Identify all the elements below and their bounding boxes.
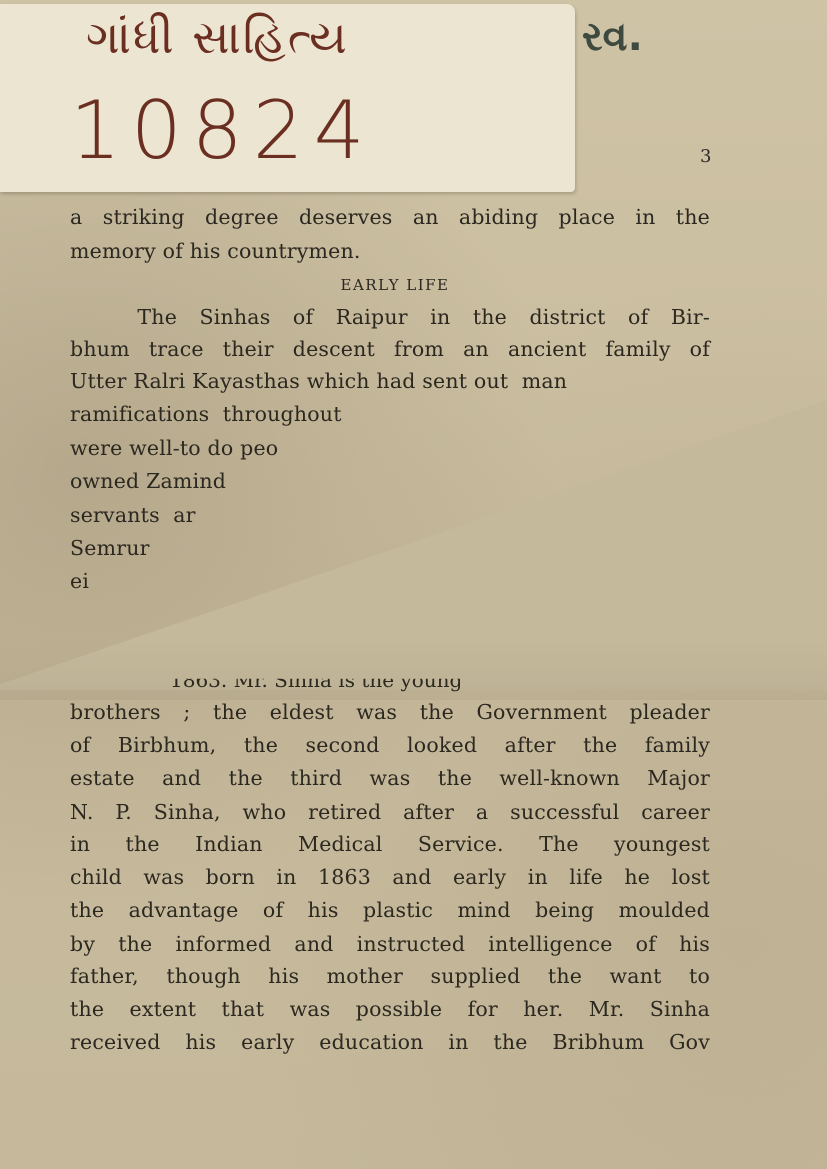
section-heading: EARLY LIFE <box>0 276 790 294</box>
ink-stamp: રવ. <box>582 14 643 60</box>
text-line: ramifications throughout <box>70 402 710 426</box>
text-line: child was born in 1863 and early in life… <box>70 865 710 889</box>
text-line: brothers ; the eldest was the Government… <box>70 700 710 724</box>
label-accession-number: 10824 <box>70 84 375 177</box>
page-number: 3 <box>700 146 711 167</box>
text-line: Utter Ralri Kayasthas which had sent out… <box>70 369 710 393</box>
text-line: received his early education in the Brib… <box>70 1030 710 1054</box>
text-line: The Sinhas of Raipur in the district of … <box>70 305 710 329</box>
text-line: memory of his countrymen. <box>70 239 710 263</box>
text-line: the advantage of his plastic mind being … <box>70 898 710 922</box>
text-line: a striking degree deserves an abiding pl… <box>70 205 710 229</box>
library-label: ગાંધી સાહિત્ય 10824 <box>0 4 575 192</box>
text-line: N. P. Sinha, who retired after a success… <box>70 800 710 824</box>
text-line: the extent that was possible for her. Mr… <box>70 997 710 1021</box>
text-line: bhum trace their descent from an ancient… <box>70 337 710 361</box>
text-line: father, though his mother supplied the w… <box>70 964 710 988</box>
text-line: were well-to do peo <box>70 436 710 460</box>
text-line: by the informed and instructed intellige… <box>70 932 710 956</box>
text-line: in the Indian Medical Service. The young… <box>70 832 710 856</box>
label-collection-name: ગાંધી સાહિત્ય <box>86 10 349 66</box>
text-line: of Birbhum, the second looked after the … <box>70 733 710 757</box>
text-line: estate and the third was the well-known … <box>70 766 710 790</box>
scanned-page: ગાંધી સાહિત્ય 10824 રવ. 3 a striking deg… <box>0 0 827 1169</box>
